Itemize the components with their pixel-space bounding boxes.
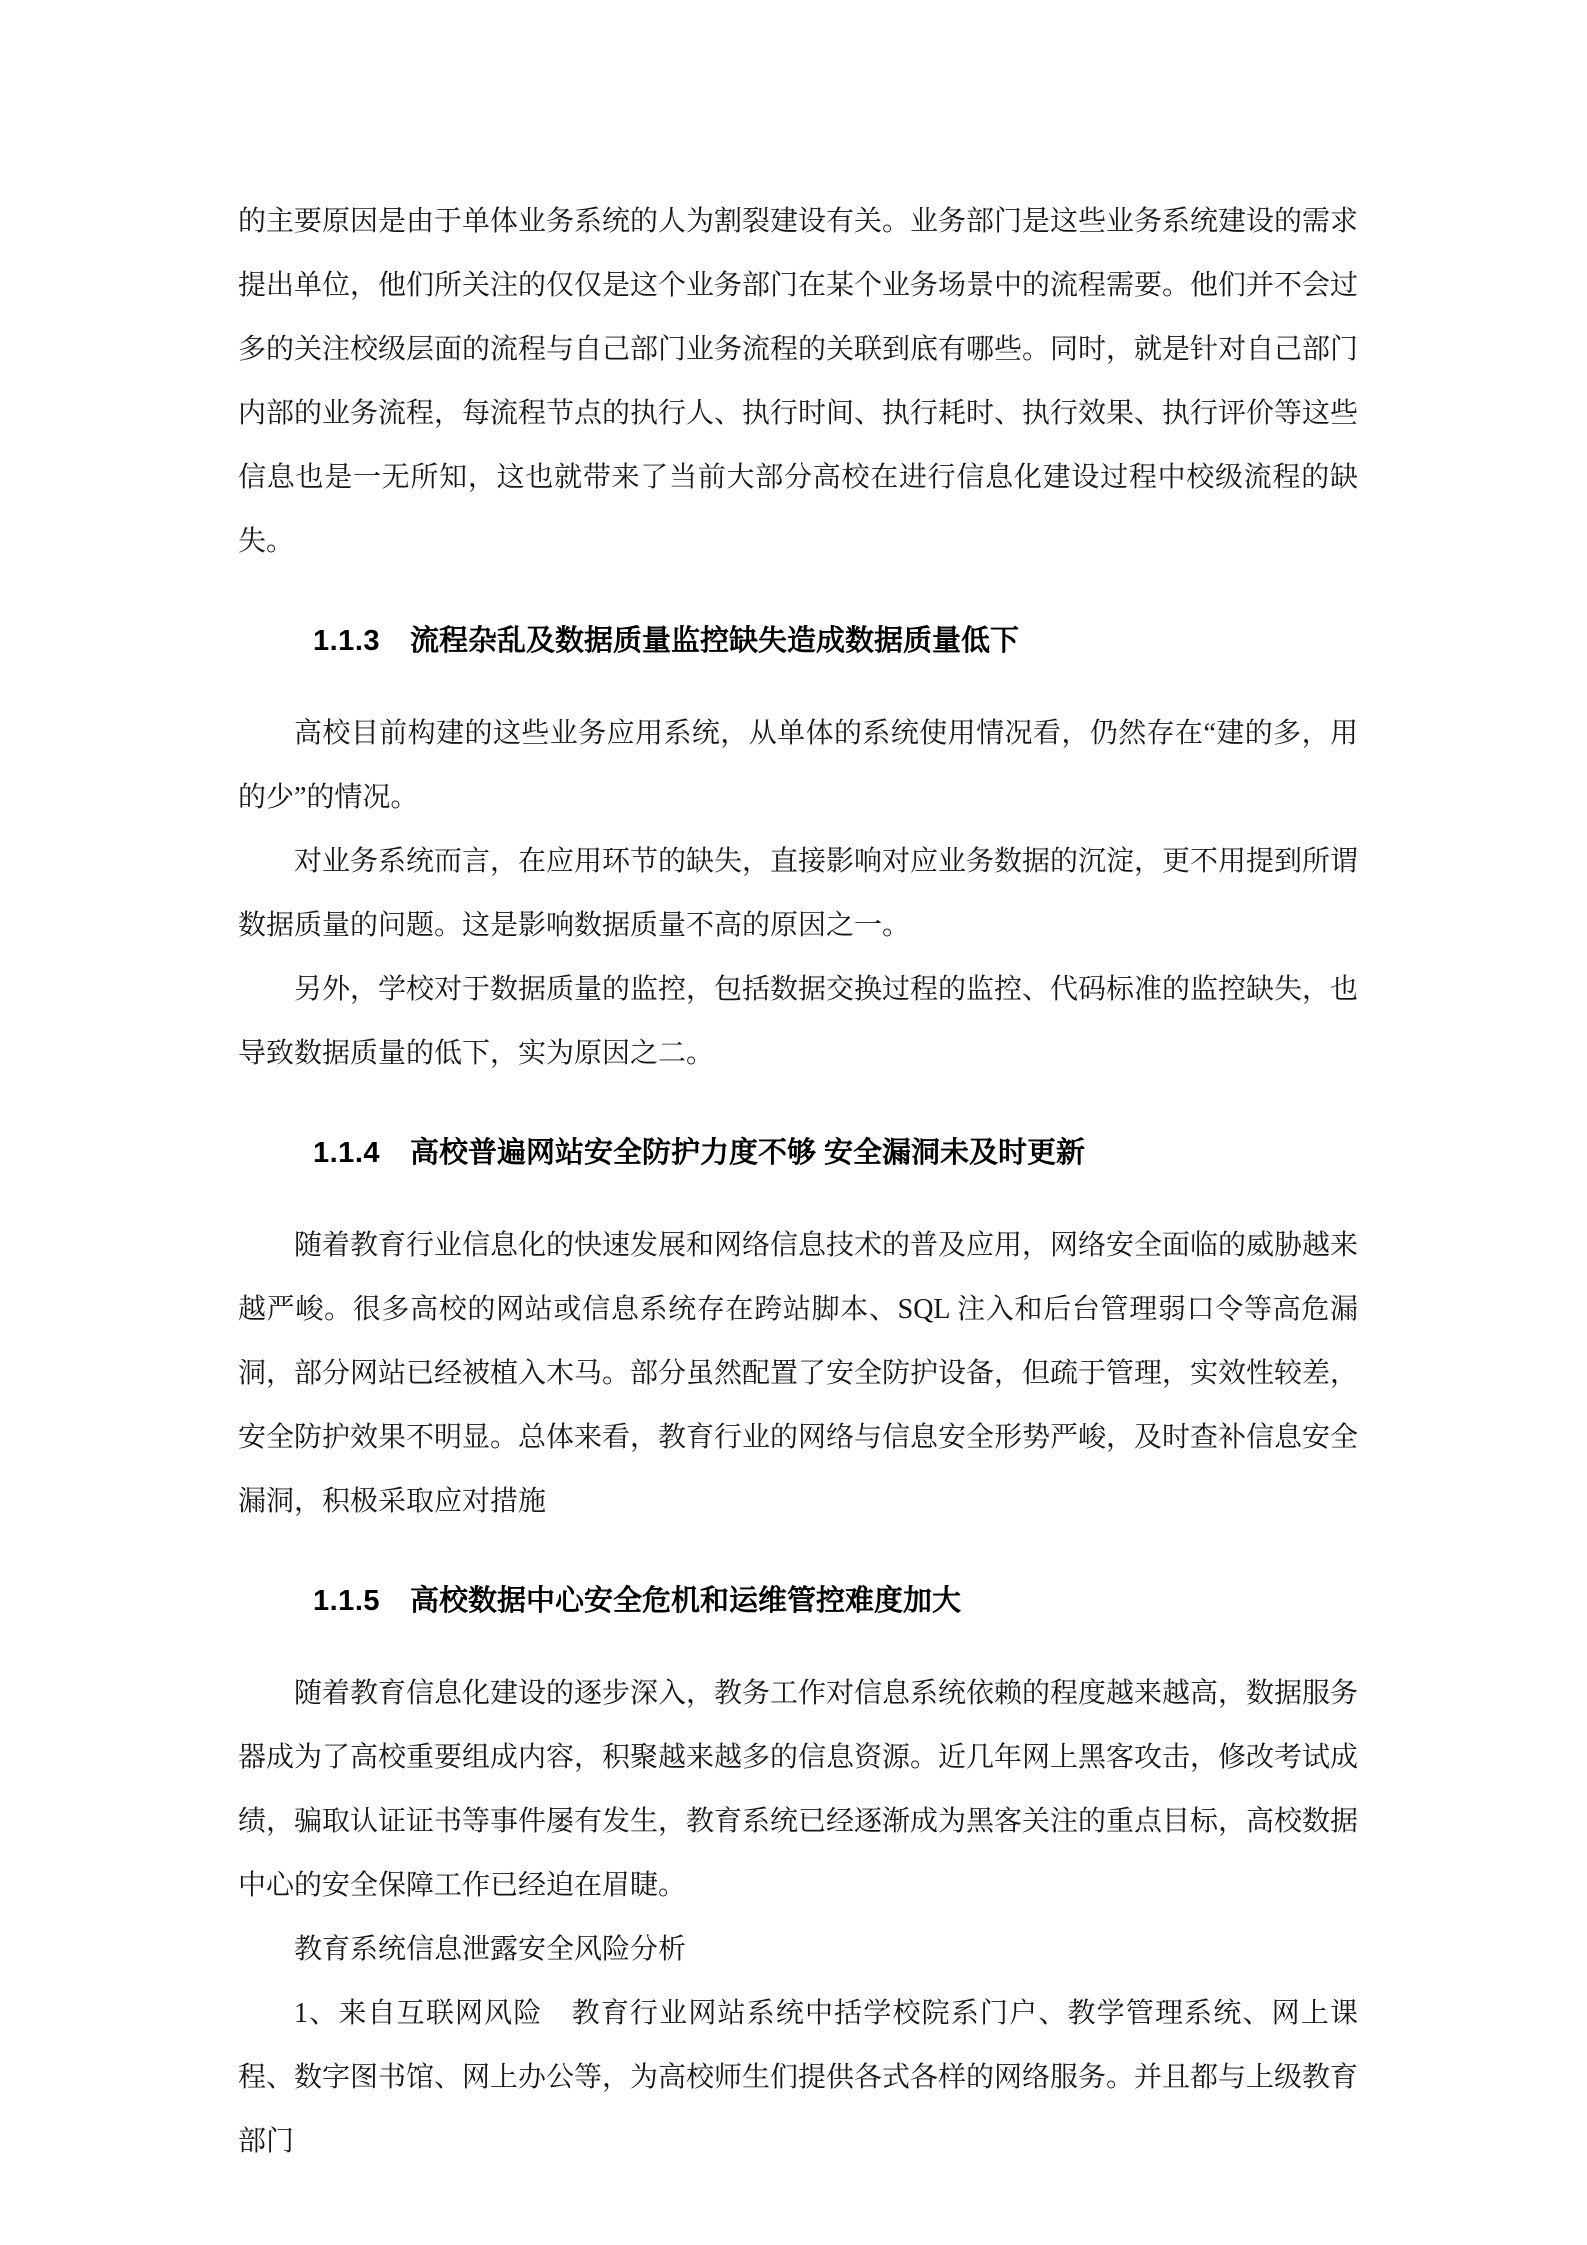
sections-container: 1.1.3流程杂乱及数据质量监控缺失造成数据质量低下 高校目前构建的这些业务应用… (238, 620, 1358, 2174)
section-number: 1.1.5 (313, 1580, 410, 1622)
section-heading: 1.1.4高校普遍网站安全防护力度不够 安全漏洞未及时更新 (313, 1132, 1358, 1174)
body-paragraph: 随着教育信息化建设的逐步深入，教务工作对信息系统依赖的程度越来越高，数据服务器成… (238, 1662, 1358, 1918)
body-paragraph: 随着教育行业信息化的快速发展和网络信息技术的普及应用，网络安全面临的威胁越来越严… (238, 1214, 1358, 1534)
body-paragraph: 对业务系统而言，在应用环节的缺失，直接影响对应业务数据的沉淀，更不用提到所谓数据… (238, 830, 1358, 958)
body-paragraph: 1、来自互联网风险 教育行业网站系统中括学校院系门户、教学管理系统、网上课程、数… (238, 1982, 1358, 2174)
section-title: 高校数据中心安全危机和运维管控难度加大 (410, 1585, 961, 1617)
document-content: 的主要原因是由于单体业务系统的人为割裂建设有关。业务部门是这些业务系统建设的需求… (238, 190, 1358, 2174)
body-paragraph: 教育系统信息泄露安全风险分析 (238, 1918, 1358, 1982)
document-section: 1.1.4高校普遍网站安全防护力度不够 安全漏洞未及时更新 随着教育行业信息化的… (238, 1132, 1358, 1534)
intro-paragraph: 的主要原因是由于单体业务系统的人为割裂建设有关。业务部门是这些业务系统建设的需求… (238, 190, 1358, 574)
section-number: 1.1.4 (313, 1132, 410, 1174)
section-number: 1.1.3 (313, 620, 410, 662)
section-heading: 1.1.5高校数据中心安全危机和运维管控难度加大 (313, 1580, 1358, 1622)
section-title: 流程杂乱及数据质量监控缺失造成数据质量低下 (410, 625, 1019, 657)
document-section: 1.1.3流程杂乱及数据质量监控缺失造成数据质量低下 高校目前构建的这些业务应用… (238, 620, 1358, 1086)
document-section: 1.1.5高校数据中心安全危机和运维管控难度加大 随着教育信息化建设的逐步深入，… (238, 1580, 1358, 2174)
body-paragraph: 高校目前构建的这些业务应用系统，从单体的系统使用情况看，仍然存在“建的多，用的少… (238, 702, 1358, 830)
body-paragraph: 另外，学校对于数据质量的监控，包括数据交换过程的监控、代码标准的监控缺失，也导致… (238, 958, 1358, 1086)
document-page: 的主要原因是由于单体业务系统的人为割裂建设有关。业务部门是这些业务系统建设的需求… (0, 0, 1587, 2245)
section-title: 高校普遍网站安全防护力度不够 安全漏洞未及时更新 (410, 1137, 1085, 1169)
section-heading: 1.1.3流程杂乱及数据质量监控缺失造成数据质量低下 (313, 620, 1358, 662)
